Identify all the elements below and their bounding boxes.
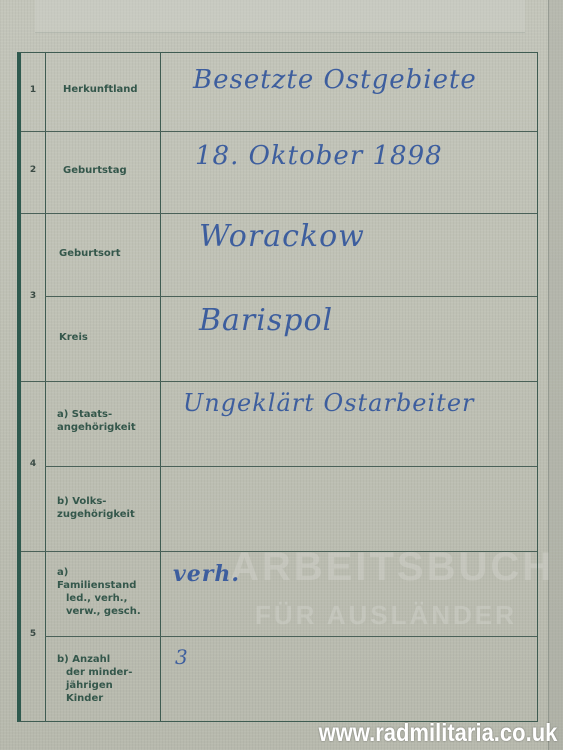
row-divider bbox=[45, 296, 537, 297]
site-watermark: www.radmilitaria.co.uk bbox=[318, 719, 557, 748]
value-geburtstag: 18. Oktober 1898 bbox=[195, 141, 443, 171]
label-line: zugehörigkeit bbox=[57, 508, 162, 521]
section-number-1: 1 bbox=[21, 85, 45, 95]
section-number-2: 2 bbox=[21, 165, 45, 175]
label-line: a) bbox=[57, 566, 162, 579]
value-anzahl-kinder: 3 bbox=[175, 645, 189, 669]
row-divider bbox=[21, 131, 537, 132]
label-line: verw., gesch. bbox=[57, 605, 162, 618]
label-volkszugehoerigkeit: b) Volks- zugehörigkeit bbox=[57, 495, 162, 521]
row-divider bbox=[45, 466, 537, 467]
label-line: b) Volks- bbox=[57, 495, 162, 508]
label-line: Kinder bbox=[57, 692, 162, 705]
label-kreis: Kreis bbox=[59, 331, 164, 344]
label-line: angehörigkeit bbox=[57, 421, 162, 434]
number-column-divider bbox=[45, 53, 46, 721]
label-line: der minder- bbox=[57, 666, 162, 679]
label-line: b) Anzahl bbox=[57, 653, 162, 666]
row-divider bbox=[21, 381, 537, 382]
label-line: Familienstand bbox=[57, 579, 162, 592]
top-printed-strip bbox=[35, 0, 525, 33]
label-geburtsort: Geburtsort bbox=[59, 247, 164, 260]
document-page: ARBEITSBUCH FÜR AUSLÄNDER 1 2 3 4 5 Herk… bbox=[0, 0, 563, 750]
page-edge bbox=[548, 0, 563, 750]
label-line: jährigen bbox=[57, 679, 162, 692]
label-familienstand: a) Familienstand led., verh., verw., ges… bbox=[57, 566, 162, 618]
value-herkunftland: Besetzte Ostgebiete bbox=[193, 65, 477, 95]
value-familienstand: verh. bbox=[173, 561, 240, 587]
section-number-4: 4 bbox=[21, 459, 45, 469]
label-column-divider bbox=[160, 53, 161, 721]
row-divider bbox=[21, 551, 537, 552]
value-staatsangehoerigkeit: Ungeklärt Ostarbeiter bbox=[183, 389, 475, 417]
label-anzahl-kinder: b) Anzahl der minder- jährigen Kinder bbox=[57, 653, 162, 705]
value-kreis: Barispol bbox=[199, 303, 333, 338]
identity-table: 1 2 3 4 5 Herkunftland Besetzte Ostgebie… bbox=[17, 52, 538, 722]
row-divider bbox=[45, 636, 537, 637]
section-number-5: 5 bbox=[21, 629, 45, 639]
label-geburtstag: Geburtstag bbox=[63, 164, 168, 177]
row-divider bbox=[21, 213, 537, 214]
label-staatsangehoerigkeit: a) Staats- angehörigkeit bbox=[57, 408, 162, 434]
label-line: a) Staats- bbox=[57, 408, 162, 421]
label-line: led., verh., bbox=[57, 592, 162, 605]
section-number-3: 3 bbox=[21, 291, 45, 301]
label-herkunftland: Herkunftland bbox=[63, 83, 168, 96]
value-geburtsort: Worackow bbox=[199, 219, 365, 254]
